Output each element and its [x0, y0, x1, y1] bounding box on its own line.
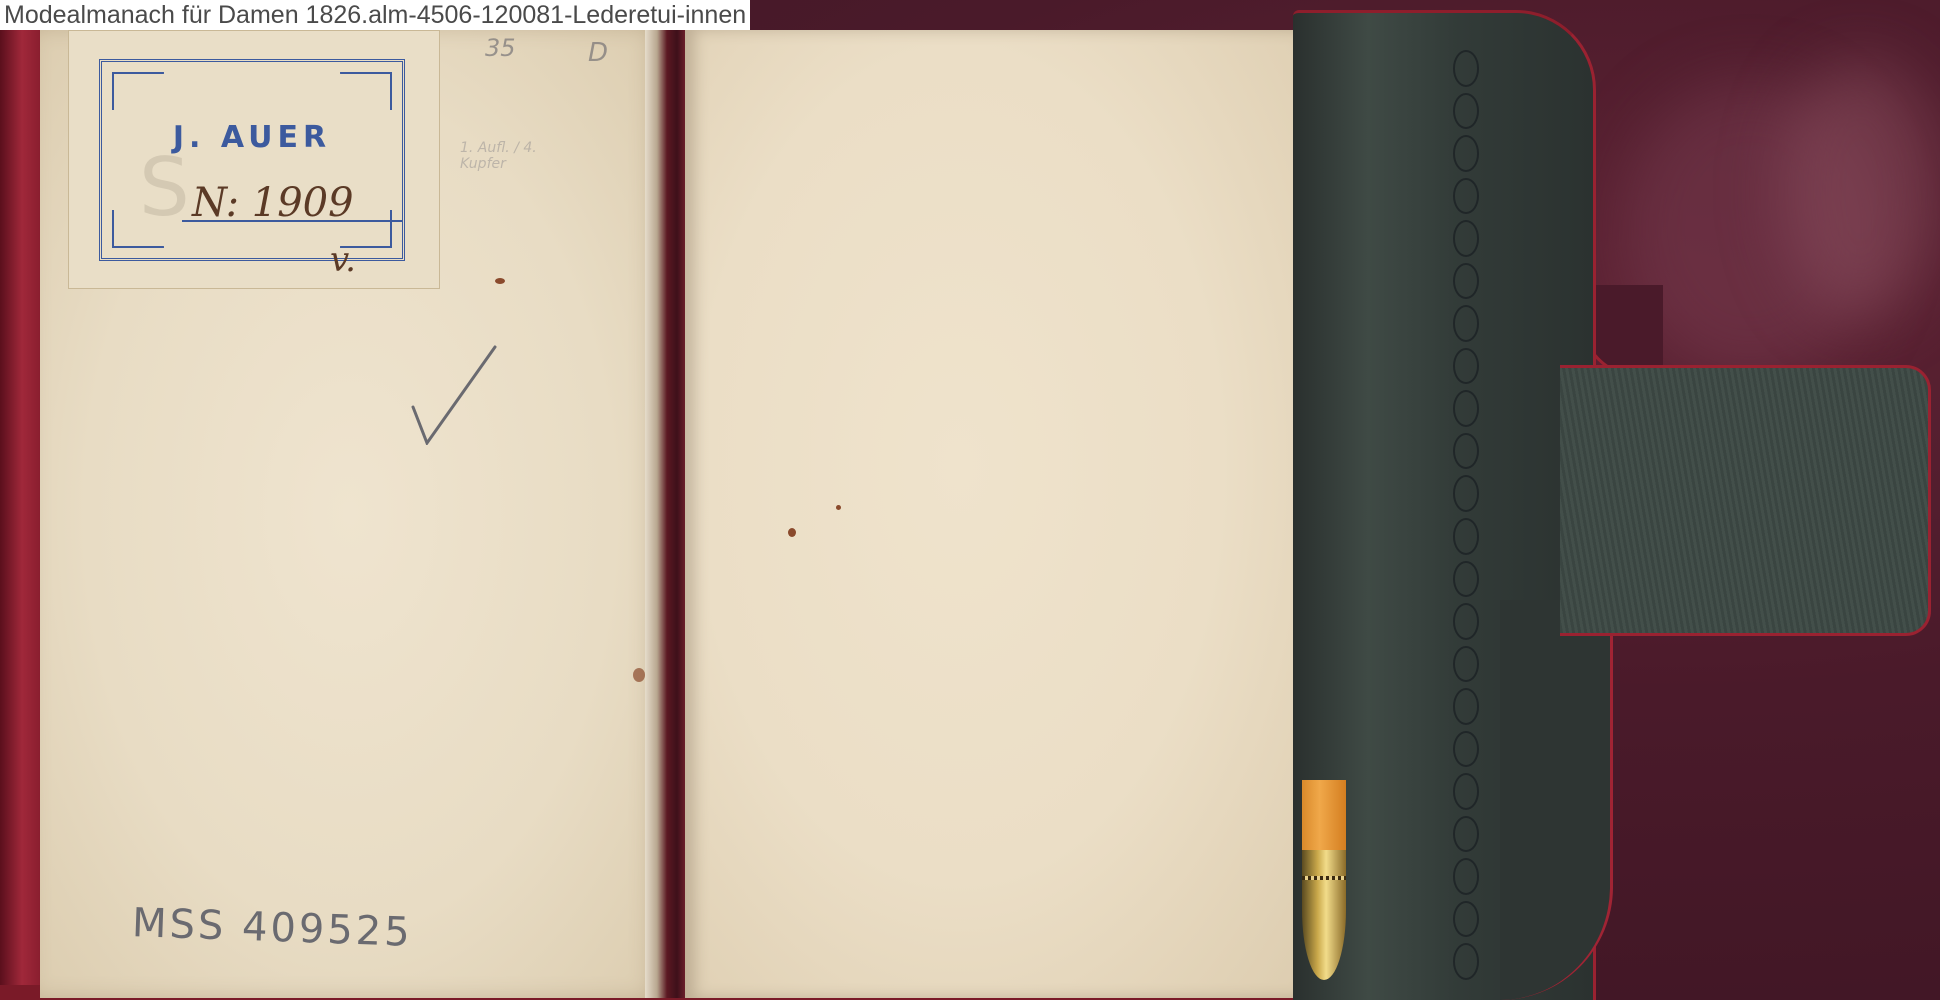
bookplate-frame: J. AUER N: 1909 v.: [99, 59, 405, 261]
book-gutter: [645, 28, 685, 998]
number-label: N:: [192, 180, 239, 226]
image-caption: Modealmanach für Damen 1826.alm-4506-120…: [0, 0, 750, 30]
right-page: [685, 30, 1295, 998]
embossed-diamond-pattern: [1448, 50, 1484, 980]
number-value: 1909: [252, 180, 354, 226]
bookplate-owner-name: J. AUER: [102, 120, 402, 155]
bookplate-label: S J. AUER N: 1909 v.: [68, 30, 440, 289]
pencil-note-number: 35: [485, 34, 516, 62]
corner-ornament: [340, 72, 392, 110]
shelfmark-text: MSS 409525: [131, 900, 413, 956]
foxing-spot: [633, 668, 645, 682]
corner-ornament: [112, 210, 164, 248]
pencil-note-letter: D: [588, 38, 608, 68]
bookplate-mark: v.: [330, 240, 356, 280]
pencil-icon[interactable]: [1302, 780, 1346, 850]
pencil-note-faint: 1. Aufl. / 4. Kupfer: [460, 140, 580, 172]
foxing-spot: [495, 278, 505, 284]
pencil-ring: [1302, 876, 1346, 880]
foxing-spot: [836, 505, 841, 510]
closure-tab[interactable]: [1560, 365, 1931, 636]
foxing-spot: [788, 528, 796, 537]
flap-lower-edge: [1500, 600, 1613, 1000]
bookplate-number: N: 1909: [192, 180, 354, 226]
background-shadow: [1780, 60, 1940, 320]
check-mark-icon: [395, 335, 505, 445]
corner-ornament: [112, 72, 164, 110]
